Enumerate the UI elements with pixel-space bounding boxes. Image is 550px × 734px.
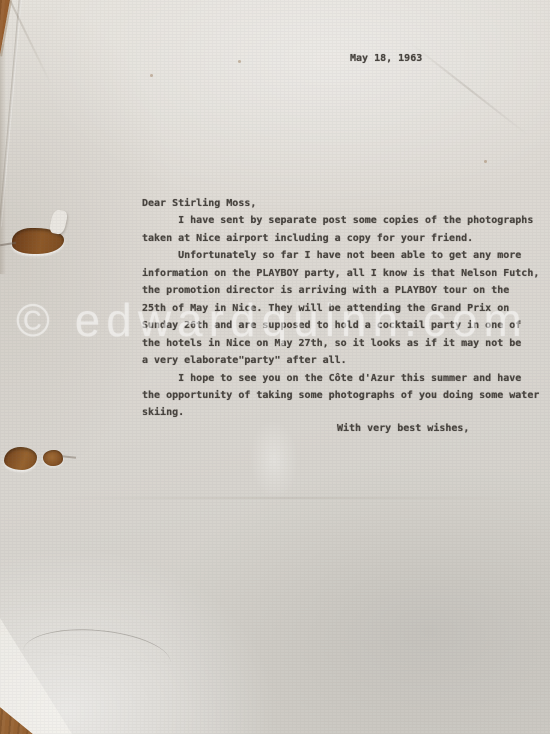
letter-line: Unfortunately so far I have not been abl… — [142, 247, 550, 264]
torn-hole-top — [12, 228, 64, 254]
letter-line: the hotels in Nice on May 27th, so it lo… — [142, 335, 550, 352]
letter-closing: With very best wishes, — [337, 423, 469, 434]
letter-line: I have sent by separate post some copies… — [142, 212, 550, 229]
letter-date: May 18, 1963 — [350, 53, 422, 64]
letter-line: skiing. — [142, 404, 550, 421]
torn-paper-flap — [49, 209, 69, 236]
letter-line: a very elaborate"party" after all. — [142, 352, 550, 369]
torn-hole-lower-left — [4, 447, 37, 470]
letter-paper: May 18, 1963 Dear Stirling Moss, I have … — [0, 0, 550, 734]
letter-line: Dear Stirling Moss, — [142, 195, 550, 212]
torn-hole-lower-small — [43, 450, 63, 466]
letter-line: 25th of May in Nice. They will be attend… — [142, 300, 550, 317]
paper-edge-shadow — [0, 44, 6, 274]
paper-crease — [55, 497, 525, 499]
letter-line: I hope to see you on the Côte d'Azur thi… — [142, 370, 550, 387]
pencil-scratch — [23, 624, 173, 664]
letter-line: the promotion director is arriving with … — [142, 282, 550, 299]
age-speck — [484, 160, 487, 163]
paper-tear-crack — [62, 455, 76, 458]
paper-tear-crack — [0, 242, 16, 246]
paper-emblem-watermark — [248, 419, 300, 501]
age-speck — [238, 60, 241, 63]
letter-line: Sunday 26th and are supposed to hold a c… — [142, 317, 550, 334]
letter-line: taken at Nice airport including a copy f… — [142, 230, 550, 247]
letter-body: Dear Stirling Moss, I have sent by separ… — [142, 195, 550, 422]
photo-of-letter: { "letter": { "date": "May 18, 1963", "b… — [0, 0, 550, 734]
paper-crease — [9, 0, 52, 86]
age-speck — [150, 74, 153, 77]
letter-line: information on the PLAYBOY party, all I … — [142, 265, 550, 282]
paper-crease — [409, 42, 528, 136]
letter-line: the opportunity of taking some photograp… — [142, 387, 550, 404]
